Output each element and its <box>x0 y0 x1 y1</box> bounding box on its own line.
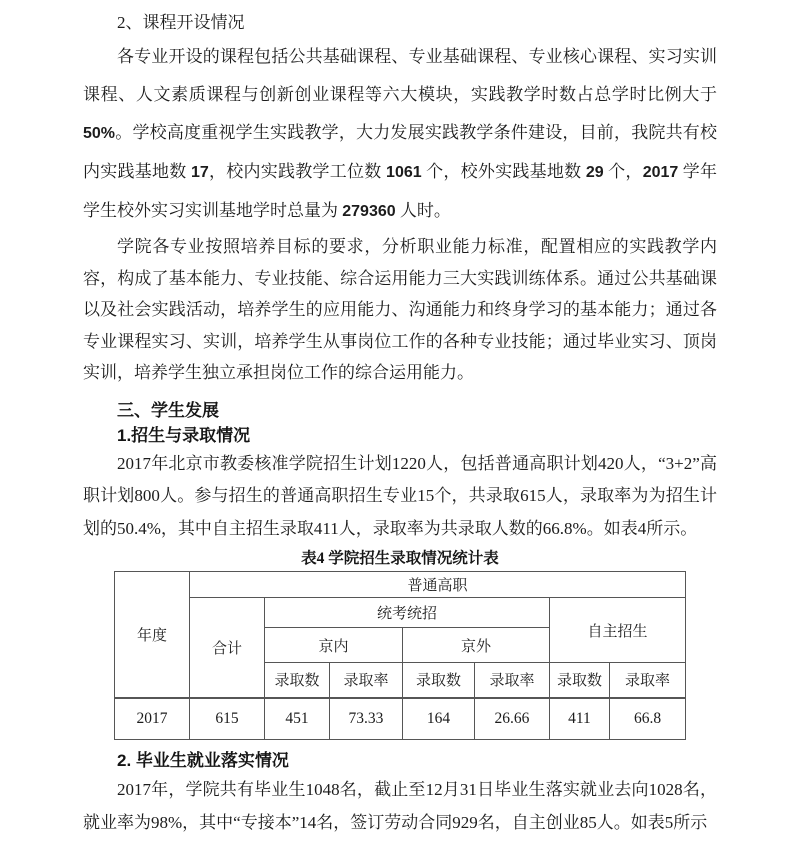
header-admit-rate-jingnei: 录取率 <box>329 663 402 698</box>
cell-independent-count: 411 <box>549 698 609 740</box>
header-beijing-inside: 京内 <box>264 628 402 663</box>
cell-jingnei-rate: 73.33 <box>329 698 402 740</box>
header-admit-count-jingnei: 录取数 <box>264 663 329 698</box>
header-total: 合计 <box>189 598 264 698</box>
paragraph-course-overview: 各专业开设的课程包括公共基础课程、专业基础课程、专业核心课程、实习实训课程、人文… <box>83 38 717 231</box>
header-admit-count-independent: 录取数 <box>549 663 609 698</box>
header-year: 年度 <box>114 572 189 698</box>
header-admit-rate-independent: 录取率 <box>609 663 685 698</box>
header-admit-count-jingwai: 录取数 <box>402 663 474 698</box>
header-independent-admission: 自主招生 <box>549 598 685 663</box>
header-admit-rate-jingwai: 录取率 <box>474 663 549 698</box>
table-data-row: 2017 615 451 73.33 164 26.66 411 66.8 <box>114 698 685 740</box>
cell-independent-rate: 66.8 <box>609 698 685 740</box>
cell-jingnei-count: 451 <box>264 698 329 740</box>
heading-graduate-employment: 2. 毕业生就业落实情况 <box>83 748 717 774</box>
table-header-row-2: 合计 统考统招 自主招生 <box>114 598 685 628</box>
document-page: 2、课程开设情况 各专业开设的课程包括公共基础课程、专业基础课程、专业核心课程、… <box>0 0 800 839</box>
paragraph-practice-base-text: 学校高度重视学生实践教学，大力发展实践教学条件建设，目前，我院共有校内实践基地数… <box>83 123 717 220</box>
heading-enrollment: 1.招生与录取情况 <box>83 423 717 448</box>
header-general-vocational: 普通高职 <box>189 572 685 598</box>
header-unified-exam: 统考统招 <box>264 598 549 628</box>
heading-course-offering: 2、课程开设情况 <box>83 8 717 38</box>
paragraph-employment-stats: 2017年，学院共有毕业生1048名，截止至12月31日毕业生落实就业去向102… <box>83 774 717 839</box>
table-header-row-1: 年度 普通高职 <box>114 572 685 598</box>
cell-total: 615 <box>189 698 264 740</box>
paragraph-enrollment-stats: 2017年北京市教委核准学院招生计划1220人，包括普通高职计划420人，“3+… <box>83 448 717 546</box>
header-beijing-outside: 京外 <box>402 628 549 663</box>
paragraph-practice-system: 学院各专业按照培养目标的要求，分析职业能力标准，配置相应的实践教学内容，构成了基… <box>83 231 717 389</box>
heading-student-development: 三、学生发展 <box>83 399 717 423</box>
table4-title: 表4 学院招生录取情况统计表 <box>83 547 717 571</box>
cell-jingwai-rate: 26.66 <box>474 698 549 740</box>
cell-jingwai-count: 164 <box>402 698 474 740</box>
cell-year: 2017 <box>114 698 189 740</box>
admission-statistics-table: 年度 普通高职 合计 统考统招 自主招生 京内 京外 录取数 录取率 录取数 录… <box>114 571 686 740</box>
